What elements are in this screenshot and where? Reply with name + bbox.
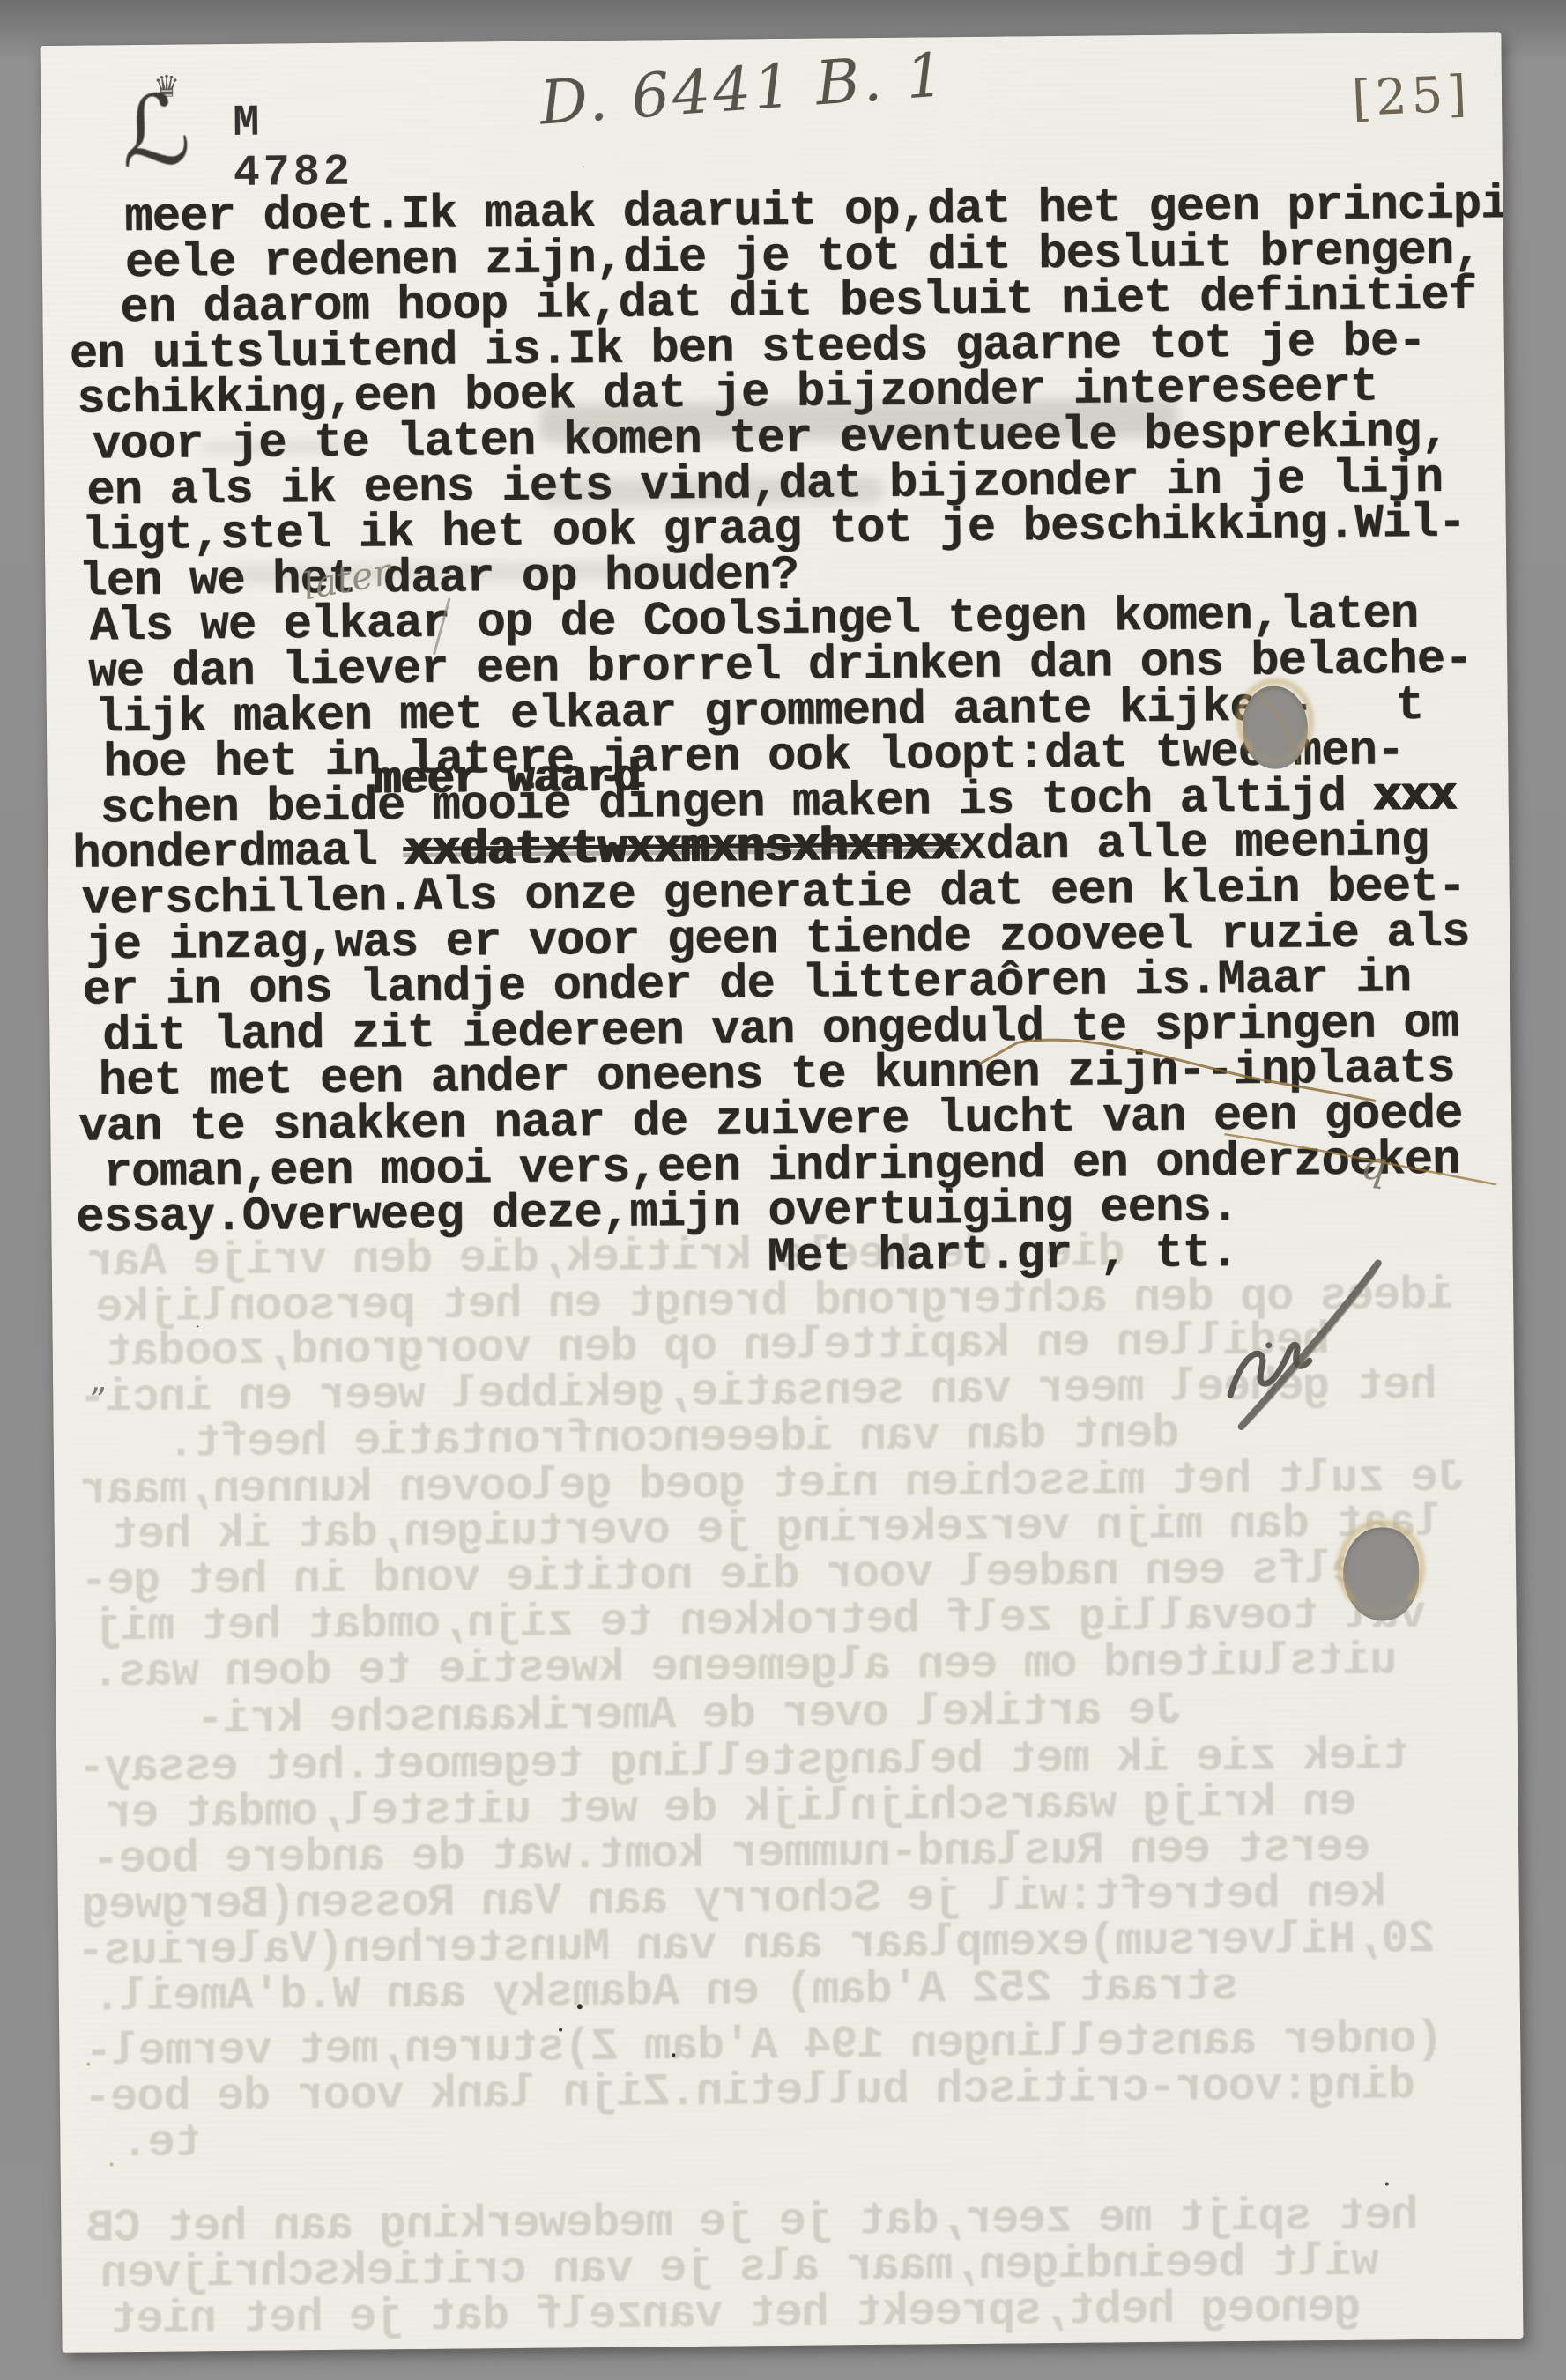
paper-sheet: dien de heele kritiek,die den vrije Aari…	[40, 32, 1523, 2353]
scratch-marks	[40, 32, 1523, 2353]
scanned-letter-page: dien de heele kritiek,die den vrije Aari…	[0, 0, 1566, 2380]
dirt-specks	[40, 46, 45, 51]
